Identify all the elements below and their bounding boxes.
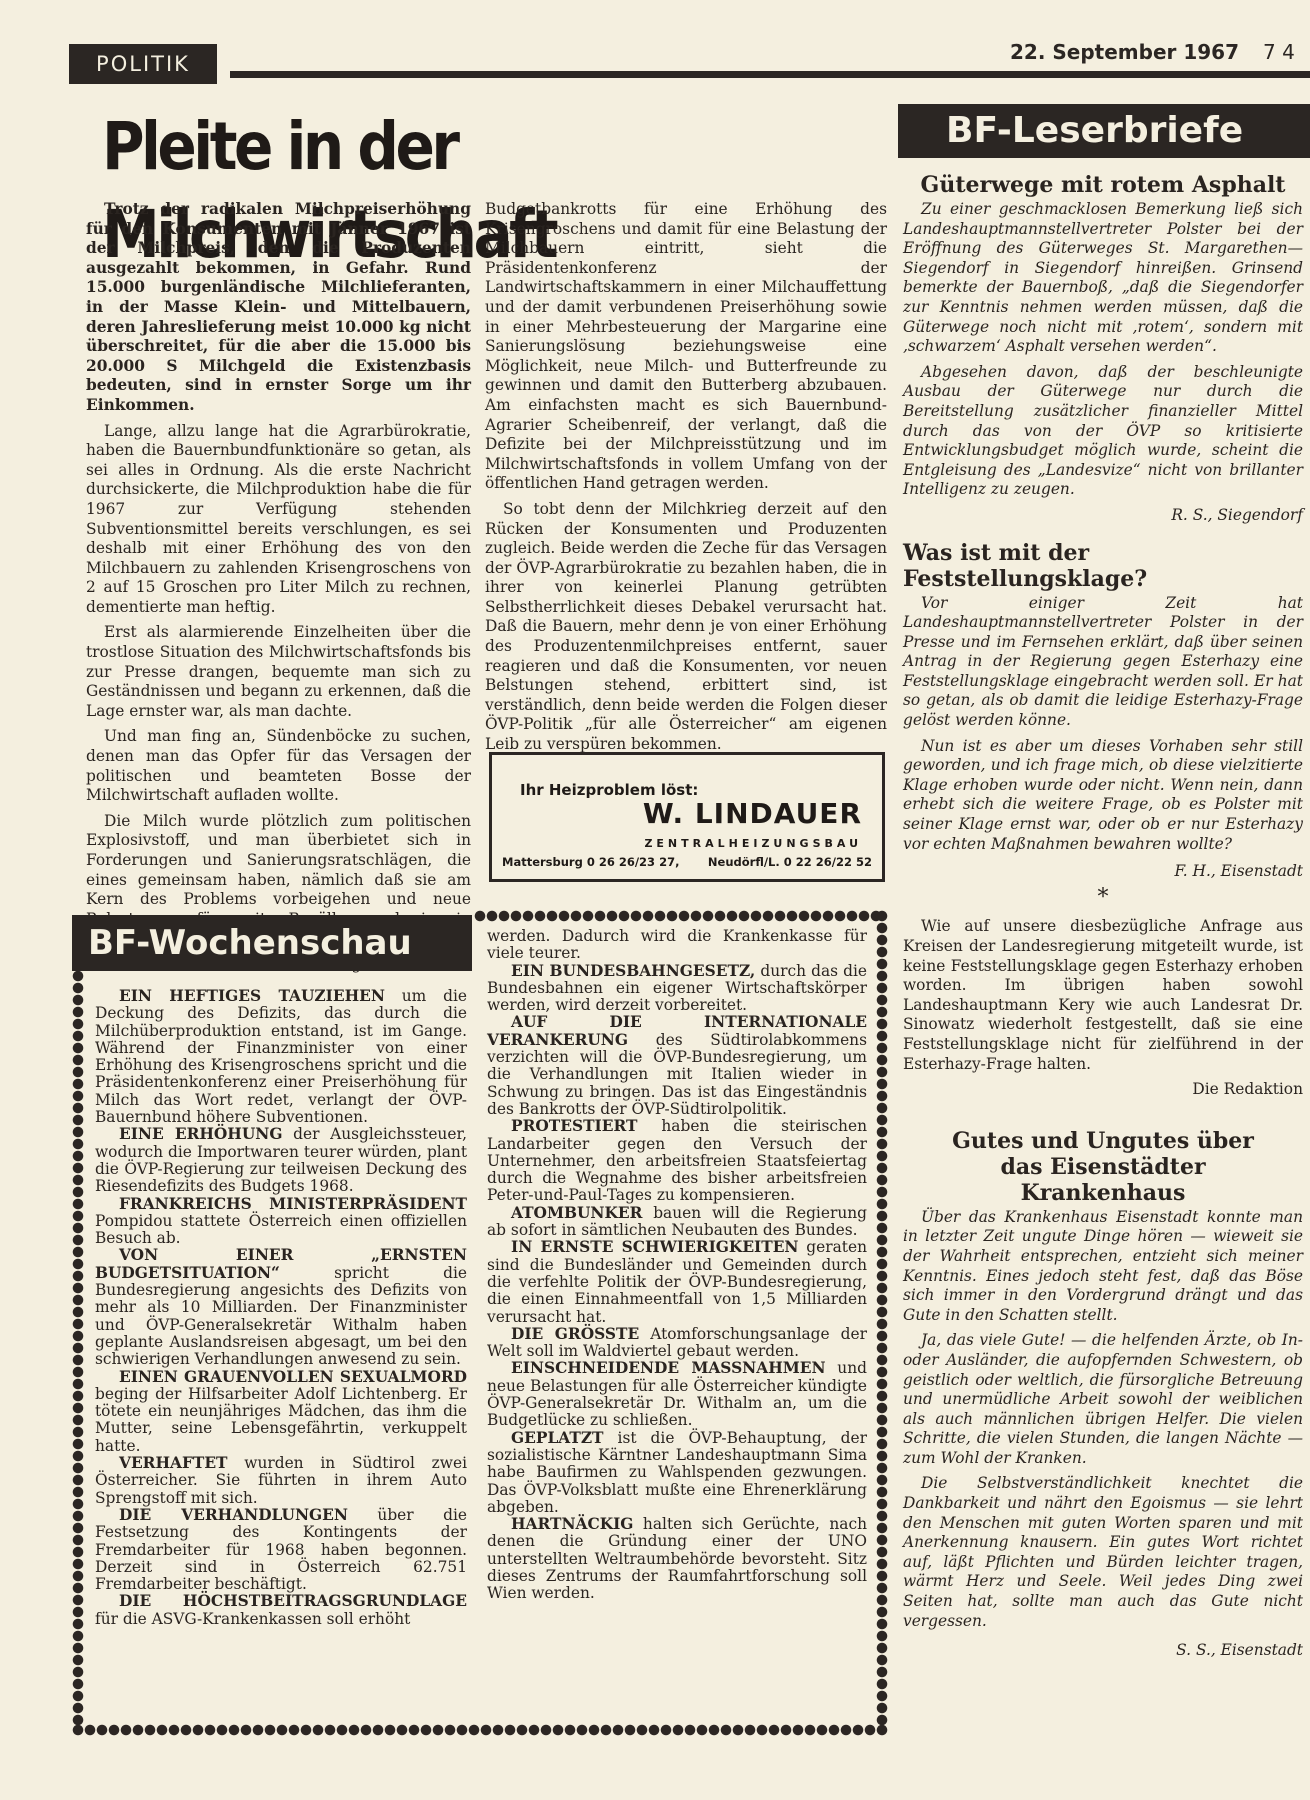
news-item-key: HARTNÄCKIG (511, 1515, 633, 1533)
news-item-key: DIE HÖCHSTBEITRAGSGRUNDLAGE (119, 1592, 467, 1610)
page-number: 7 4 (1263, 40, 1295, 64)
news-item: EINE ERHÖHUNG der Ausgleichssteuer, wodu… (95, 1126, 467, 1195)
article-column-2: Budgetbankrotts für eine Erhöhung des Kr… (485, 200, 887, 761)
news-item: EINEN GRAUENVOLLEN SEXUALMORD beging der… (95, 1369, 467, 1455)
news-item: DIE VERHANDLUNGEN über die Festsetzung d… (95, 1507, 467, 1593)
letter-paragraph: Zu einer geschmacklosen Bemerkung ließ s… (903, 200, 1303, 357)
news-item: IN ERNSTE SCHWIERIGKEITEN geraten sind d… (487, 1239, 867, 1325)
news-item: VON EINER „ERNSTEN BUDGETSITUATION“ spri… (95, 1247, 467, 1368)
news-item-key: FRANKREICHS MINISTERPRÄSIDENT (119, 1195, 467, 1213)
news-item: ATOMBUNKER bauen will die Regierung ab s… (487, 1205, 867, 1240)
letter-paragraph: Abgesehen davon, daß der beschleunigte A… (903, 363, 1303, 500)
news-item-key: EIN HEFTIGES TAUZIEHEN (119, 987, 385, 1005)
news-item: FRANKREICHS MINISTERPRÄSIDENT Pompidou s… (95, 1196, 467, 1248)
article-paragraph: Und man fing an, Sündenböcke zu suchen, … (86, 727, 471, 805)
article-paragraph: Erst als alarmierende Einzelheiten über … (86, 623, 471, 721)
editorial-reply: Wie auf unsere diesbezügliche Anfrage au… (903, 917, 1303, 1074)
letter-paragraph: Vor einiger Zeit hat Landeshauptmannstel… (903, 594, 1303, 731)
editorial-signature: Die Redaktion (903, 1080, 1303, 1100)
news-item-key: ATOMBUNKER (511, 1204, 642, 1222)
news-item: EINSCHNEIDENDE MASSNAHMEN und neue Belas… (487, 1360, 867, 1429)
letter-paragraph: Ja, das viele Gute! — die helfenden Ärzt… (903, 1331, 1303, 1468)
advertisement-lindauer: Ihr Heizproblem löst: W. LINDAUER ZENTRA… (489, 752, 885, 882)
article-paragraph: Budgetbankrotts für eine Erhöhung des Kr… (485, 200, 887, 494)
news-item: AUF DIE INTERNATIONALE VERANKERUNG des S… (487, 1014, 867, 1118)
article-paragraph: Lange, allzu lange hat die Agrarbürokrat… (86, 422, 471, 618)
letter-paragraph: Die Selbstverständlichkeit knechtet die … (903, 1474, 1303, 1631)
news-item: DIE HÖCHSTBEITRAGSGRUNDLAGE für die ASVG… (95, 1593, 467, 1628)
dotted-border-right (876, 910, 888, 1730)
wochenschau-column-1: EIN HEFTIGES TAUZIEHEN um die Deckung de… (95, 988, 467, 1628)
separator-asterisk: * (903, 888, 1303, 908)
news-item-key: VERHAFTET (119, 1454, 228, 1472)
news-item-key: EIN BUNDESBAHNGESETZ, (511, 962, 755, 980)
letter-signature: F. H., Eisenstadt (903, 862, 1303, 882)
main-headline: Pleite in der Milchwirtschaft (102, 103, 771, 191)
news-item-key: EINE ERHÖHUNG (119, 1125, 282, 1143)
news-item-key: EINEN GRAUENVOLLEN SEXUALMORD (119, 1368, 467, 1386)
news-item: VERHAFTET wurden in Südtirol zwei Österr… (95, 1455, 467, 1507)
news-item-key: GEPLATZT (511, 1429, 604, 1447)
section-label: POLITIK (69, 44, 217, 84)
news-item: PROTESTIERT haben die steirischen Landar… (487, 1118, 867, 1204)
letter-signature: S. S., Eisenstadt (903, 1641, 1303, 1661)
leserbriefe-column: Güterwege mit rotem Asphalt Zu einer ges… (903, 172, 1303, 1667)
letter-heading: Gutes und Ungutes über das Eisenstädter … (903, 1128, 1303, 1206)
ad-contact-neudoerfl: Neudörfl/L. 0 22 26/22 52 (708, 855, 872, 869)
article-column-1: Trotz der radikalen Milchpreiserhöhung f… (86, 200, 471, 981)
article-paragraph: So tobt denn der Milchkrieg derzeit auf … (485, 500, 887, 755)
ad-contact-mattersburg: Mattersburg 0 26 26/23 27, (502, 855, 679, 869)
ad-company: W. LINDAUER (643, 797, 862, 830)
letter-heading: Güterwege mit rotem Asphalt (903, 172, 1303, 198)
ad-trade: ZENTRALHEIZUNGSBAU (644, 837, 862, 850)
news-item: HARTNÄCKIG halten sich Gerüchte, nach de… (487, 1516, 867, 1602)
wochenschau-column-2: werden. Dadurch wird die Krankenkasse fü… (487, 928, 867, 1603)
letter-signature: R. S., Siegendorf (903, 506, 1303, 526)
news-item: DIE GRÖSSTE Atomforschungsanlage der Wel… (487, 1326, 867, 1361)
ad-contacts: Mattersburg 0 26 26/23 27, Neudörfl/L. 0… (502, 855, 872, 869)
article-lead: Trotz der radikalen Milchpreiserhöhung f… (86, 200, 471, 416)
news-item: GEPLATZT ist die ÖVP-Behauptung, der soz… (487, 1430, 867, 1516)
news-item: EIN BUNDESBAHNGESETZ, durch das die Bund… (487, 963, 867, 1015)
leserbriefe-title: BF-Leserbriefe (898, 104, 1310, 158)
news-item-key: EINSCHNEIDENDE MASSNAHMEN (511, 1359, 826, 1377)
news-continuation: werden. Dadurch wird die Krankenkasse fü… (487, 928, 867, 963)
news-item-key: DIE GRÖSSTE (511, 1325, 639, 1343)
news-item-key: PROTESTIERT (511, 1117, 637, 1135)
header-rule (230, 71, 1310, 78)
issue-date: 22. September 1967 (1010, 40, 1239, 64)
letter-heading: Was ist mit der Feststellungsklage? (903, 540, 1303, 592)
wochenschau-title: BF-Wochenschau (72, 915, 472, 971)
news-item: EIN HEFTIGES TAUZIEHEN um die Deckung de… (95, 988, 467, 1126)
news-item-key: IN ERNSTE SCHWIERIGKEITEN (511, 1238, 799, 1256)
dotted-border-top (474, 910, 884, 922)
letter-paragraph: Über das Krankenhaus Eisenstadt konnte m… (903, 1208, 1303, 1326)
dotted-border-left (72, 970, 84, 1730)
letter-paragraph: Nun ist es aber um dieses Vorhaben sehr … (903, 737, 1303, 855)
news-item-key: DIE VERHANDLUNGEN (119, 1506, 348, 1524)
dotted-border-bottom (72, 1724, 888, 1736)
